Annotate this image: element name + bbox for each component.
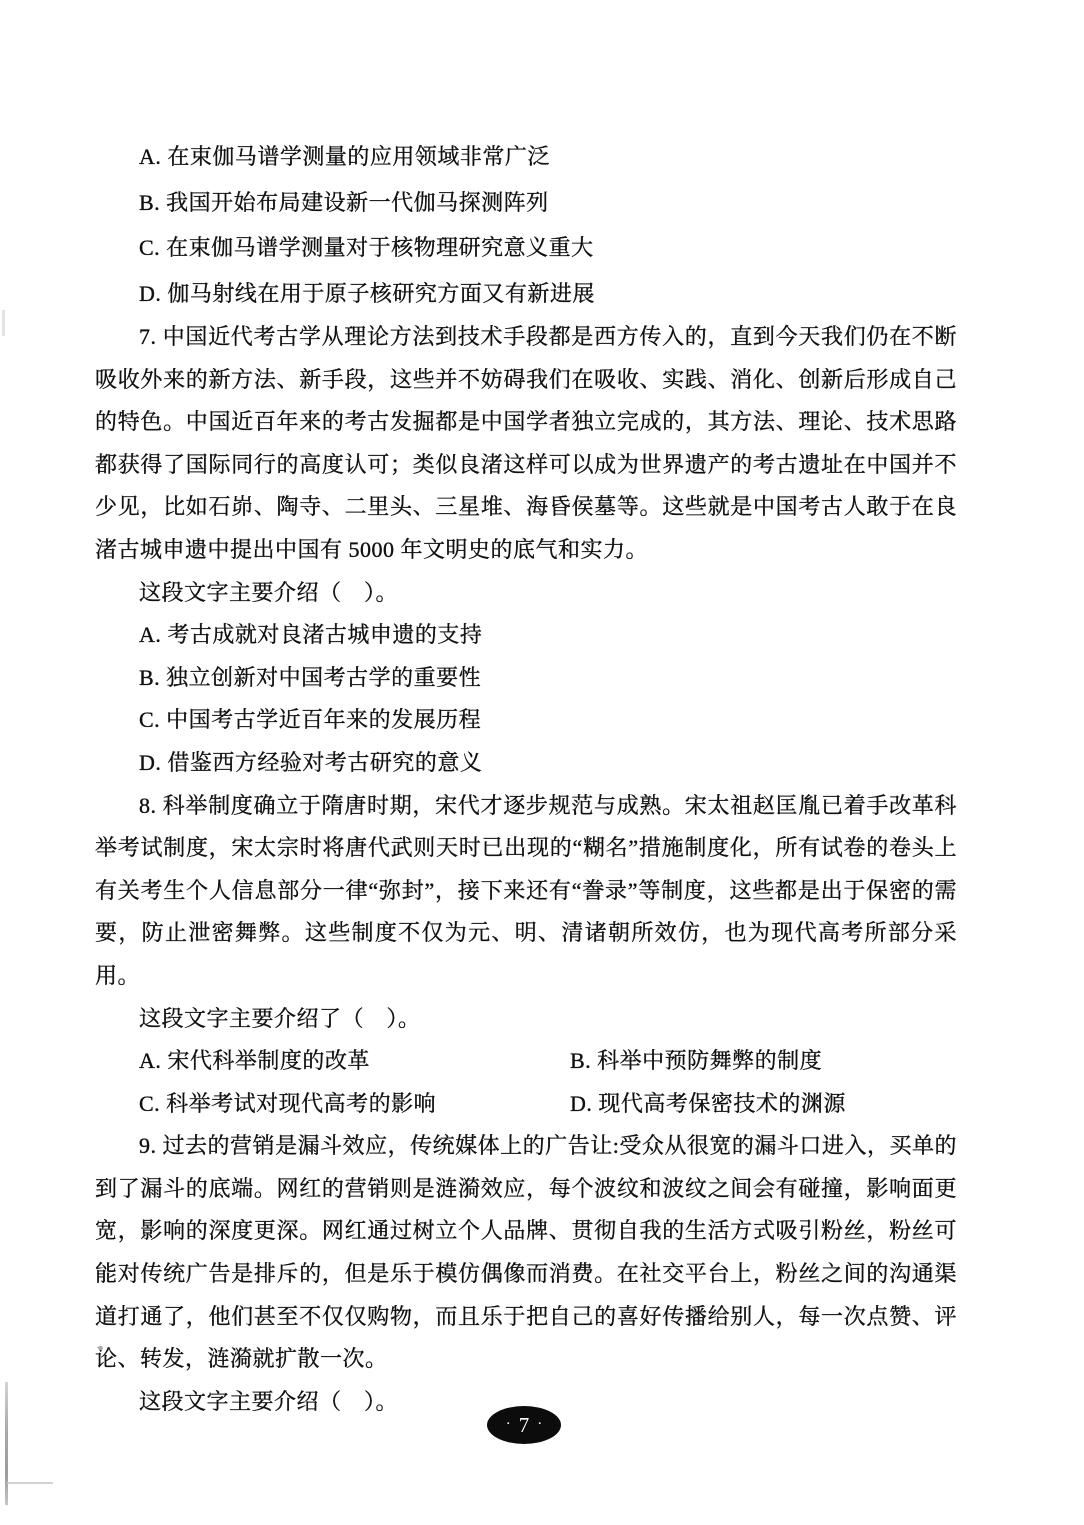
- question-7-option-b: B. 独立创新对中国考古学的重要性: [95, 657, 957, 700]
- question-8-option-c: C. 科举考试对现代高考的影响: [139, 1083, 570, 1126]
- scan-artifact-smudge: [2, 310, 5, 336]
- scanned-exam-page: { "questions": { "q6": { "options": [ "A…: [0, 0, 1084, 1525]
- question-8-option-d: D. 现代高考保密技术的渊源: [570, 1091, 846, 1116]
- question-6-option-d: D. 伽马射线在用于原子核研究方面又有新进展: [95, 271, 957, 317]
- question-9-body: 9. 过去的营销是漏斗效应，传统媒体上的广告让:受众从很宽的漏斗口进入，买单的到…: [95, 1125, 957, 1381]
- question-7-body: 7. 中国近代考古学从理论方法到技术手段都是西方传入的，直到今天我们仍在不断吸收…: [95, 316, 957, 572]
- question-6-option-a: A. 在束伽马谱学测量的应用领域非常广泛: [95, 134, 957, 180]
- question-8-options-row-2: C. 科举考试对现代高考的影响D. 现代高考保密技术的渊源: [95, 1083, 957, 1126]
- scan-artifact-vertical-line: [5, 1382, 8, 1505]
- page-number-left-dot: ·: [506, 1417, 511, 1432]
- scan-artifact-horizontal-line: [7, 1482, 53, 1484]
- question-8-stem: 这段文字主要介绍了（ ）。: [95, 998, 957, 1041]
- page-number-right-dot: ·: [537, 1417, 542, 1432]
- question-6-option-b: B. 我国开始布局建设新一代伽马探测阵列: [95, 180, 957, 226]
- question-8-body: 8. 科举制度确立于隋唐时期，宋代才逐步规范与成熟。宋太祖赵匡胤已着手改革科举考…: [95, 785, 957, 998]
- question-7-option-a: A. 考古成就对良渚古城申遗的支持: [95, 614, 957, 657]
- page-number-badge: · 7 ·: [487, 1406, 561, 1444]
- question-7-option-d: D. 借鉴西方经验对考古研究的意义: [95, 742, 957, 785]
- question-8-options-row-1: A. 宋代科举制度的改革B. 科举中预防舞弊的制度: [95, 1040, 957, 1083]
- question-6-options: A. 在束伽马谱学测量的应用领域非常广泛 B. 我国开始布局建设新一代伽马探测阵…: [95, 134, 957, 316]
- question-8-option-a: A. 宋代科举制度的改革: [139, 1040, 570, 1083]
- question-7-stem: 这段文字主要介绍（ ）。: [95, 572, 957, 615]
- question-8-option-b: B. 科举中预防舞弊的制度: [570, 1048, 822, 1073]
- page-content: A. 在束伽马谱学测量的应用领域非常广泛 B. 我国开始布局建设新一代伽马探测阵…: [95, 134, 957, 1423]
- question-7-option-c: C. 中国考古学近百年来的发展历程: [95, 699, 957, 742]
- question-6-option-c: C. 在束伽马谱学测量对于核物理研究意义重大: [95, 225, 957, 271]
- page-number: 7: [519, 1415, 530, 1436]
- question-7-options: A. 考古成就对良渚古城申遗的支持 B. 独立创新对中国考古学的重要性 C. 中…: [95, 614, 957, 784]
